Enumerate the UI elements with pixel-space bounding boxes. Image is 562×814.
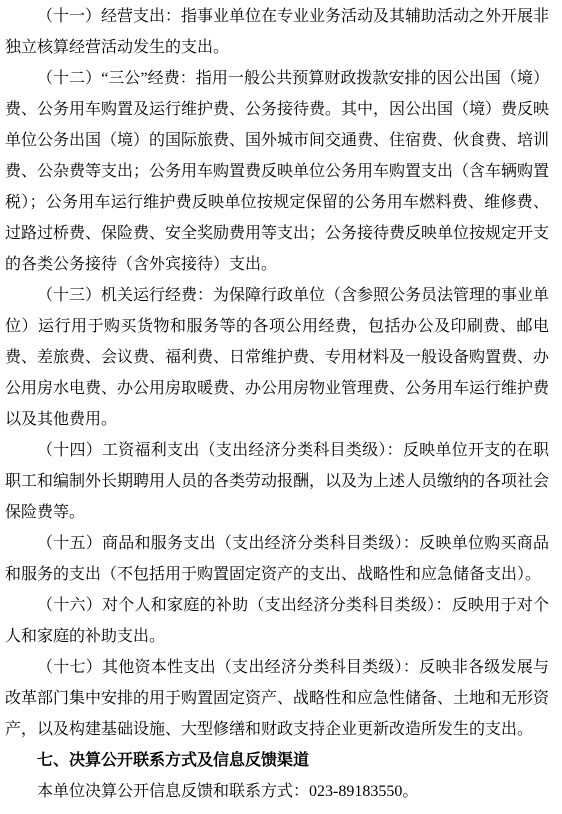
term-definitions-list: （十一）经营支出：指事业单位在专业业务活动及其辅助活动之外开展非独立核算经营活动… xyxy=(5,1,549,745)
term-definition-paragraph: （十四）工资福利支出（支出经济分类科目类级）：反映单位开支的在职职工和编制外长期… xyxy=(5,435,549,528)
term-definition-paragraph: （十二）“三公”经费：指用一般公共预算财政拨款安排的因公出国（境）费、公务用车购… xyxy=(5,63,549,280)
term-definition-paragraph: （十一）经营支出：指事业单位在专业业务活动及其辅助活动之外开展非独立核算经营活动… xyxy=(5,1,549,63)
term-definition-paragraph: （十六）对个人和家庭的补助（支出经济分类科目类级）：反映用于对个人和家庭的补助支… xyxy=(5,590,549,652)
term-definition-paragraph: （十五）商品和服务支出（支出经济分类科目类级）：反映单位购买商品和服务的支出（不… xyxy=(5,528,549,590)
contact-line: 本单位决算公开信息反馈和联系方式：023-89183550。 xyxy=(5,776,549,807)
term-definition-paragraph: （十三）机关运行经费：为保障行政单位（含参照公务员法管理的事业单位）运行用于购买… xyxy=(5,280,549,435)
document-page: （十一）经营支出：指事业单位在专业业务活动及其辅助活动之外开展非独立核算经营活动… xyxy=(0,0,562,814)
term-definition-paragraph: （十七）其他资本性支出（支出经济分类科目类级）：反映非各级发展与改革部门集中安排… xyxy=(5,652,549,745)
section-heading: 七、决算公开联系方式及信息反馈渠道 xyxy=(5,745,549,776)
